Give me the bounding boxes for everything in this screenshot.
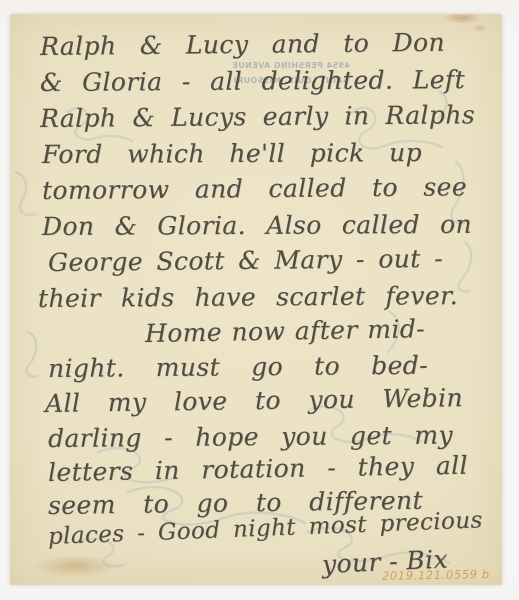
handwritten-line: Don & Gloria. Also called on [42,210,472,242]
handwritten-line: All my love to you Webin [45,383,463,419]
handwritten-line: George Scott & Mary - out - [48,244,443,278]
handwritten-line: Ralph & Lucys early in Ralphs [40,100,475,134]
handwritten-line: night. must go to bed- [48,351,428,384]
handwritten-line: Ford which he'll pick up [42,138,422,170]
catalog-number: 2019.121.0559 b [382,567,490,583]
handwritten-line: darling - hope you get my [48,420,453,454]
handwritten-line: tomorrow and called to see [42,172,467,206]
handwritten-line: Home now after mid- [145,314,425,349]
handwritten-line: letters in rotation - they all [48,451,468,488]
letter-page: 4954 PERSHING AVENUE SAINT LOUIS, MISSOU… [10,14,502,585]
handwritten-line: their kids have scarlet fever. [38,281,458,314]
photo-background: 4954 PERSHING AVENUE SAINT LOUIS, MISSOU… [0,0,519,600]
handwritten-line: & Gloria - all delighted. Left [40,65,465,98]
handwritten-line: Ralph & Lucy and to Don [40,28,445,62]
